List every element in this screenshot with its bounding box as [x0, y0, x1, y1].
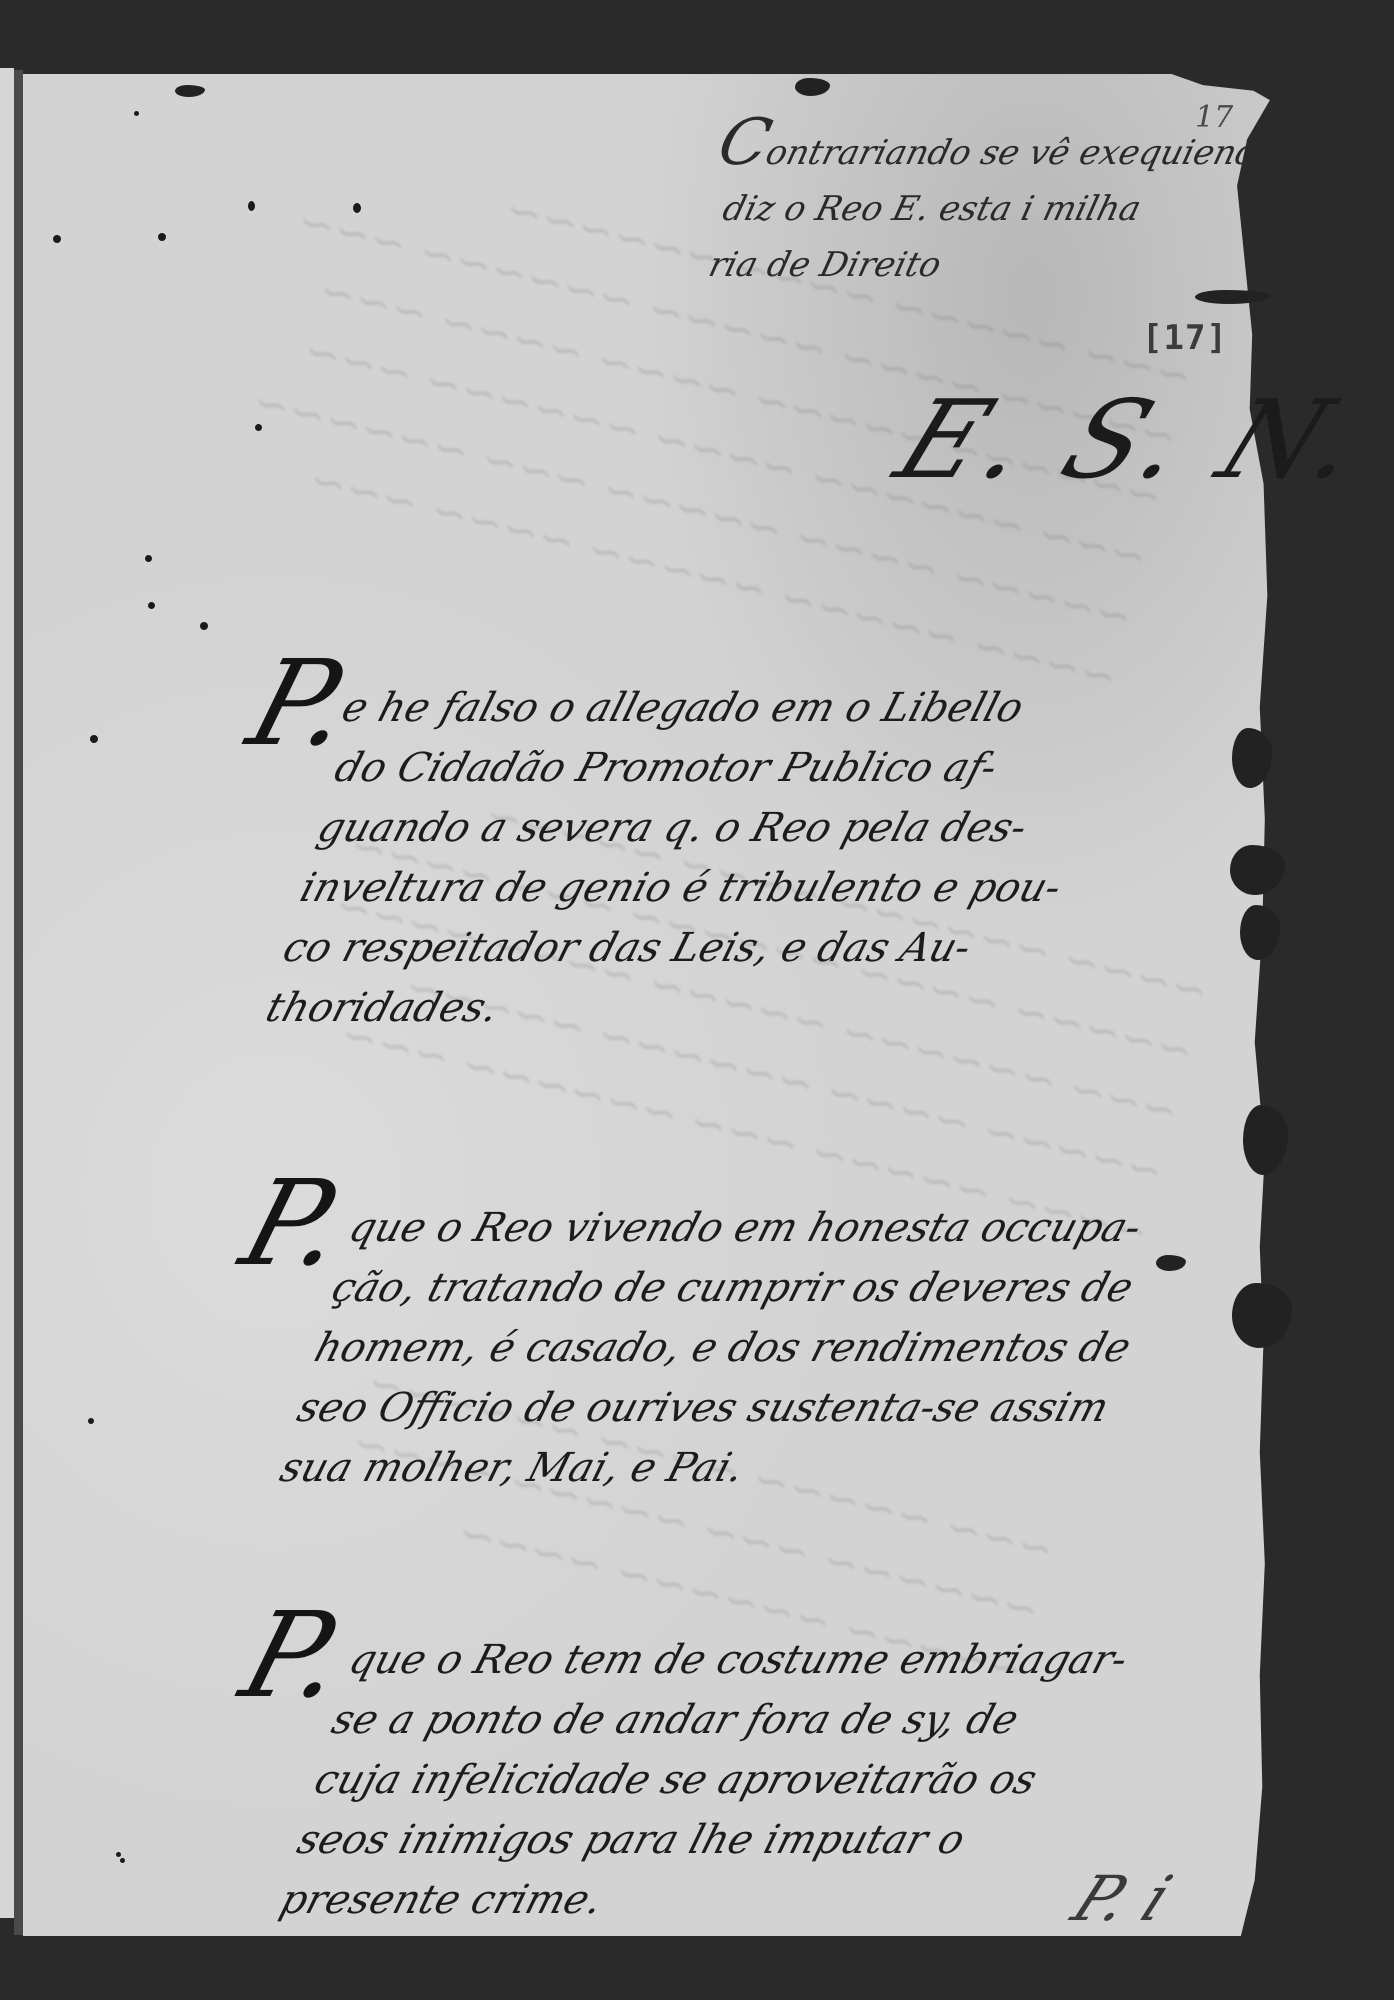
ink-spot — [248, 201, 255, 211]
ink-spot — [134, 111, 139, 116]
damage-stain — [1230, 845, 1285, 895]
ink-spot — [158, 233, 166, 241]
text-line: homem, é casado, e dos rendimentos de — [293, 1318, 1137, 1378]
binding-gutter — [14, 70, 23, 1935]
archive-stamp: [17] — [1142, 318, 1228, 358]
text-line: sua molher, Mai, e Pai. — [259, 1438, 1103, 1498]
text-line: thoridades. — [249, 978, 1034, 1038]
ink-spot — [145, 555, 152, 562]
text-line: se a ponto de andar fora de sy, de — [311, 1690, 1118, 1750]
text-line: seo Officio de ourives sustenta-se assim — [276, 1378, 1120, 1438]
document-scan: ~~~ ~~~~~ ~~~~ ~~~~~~ ~~~~~ ~~~~ ~~~~~ ~… — [0, 0, 1394, 2000]
text-line: do Cidadão Promotor Publico af- — [318, 738, 1103, 798]
text-line: inveltura de genio é tribulento e pou- — [283, 858, 1068, 918]
text-line: presente crime. — [259, 1870, 1066, 1930]
ink-spot — [116, 1852, 121, 1857]
ink-spot — [353, 203, 361, 213]
ink-spot — [53, 235, 61, 243]
facing-page-edge — [0, 68, 14, 1918]
ink-spot — [120, 1858, 125, 1863]
paragraph-body: que o Reo tem de costume embriagar- se a… — [259, 1630, 1135, 1930]
salutation: E. S. N. — [880, 378, 1387, 503]
text-line: cuja infelicidade se aproveitarão os — [293, 1750, 1100, 1810]
margin-note: Contrariando se vê exequiendo diz o Reo … — [683, 115, 1288, 293]
paragraph-body: e he falso o allegado em o Libello do Ci… — [249, 678, 1120, 1038]
ink-spot — [90, 735, 98, 743]
damage-stain — [1240, 905, 1280, 960]
text-line: seos inimigos para lhe imputar o — [276, 1810, 1083, 1870]
margin-note-line: diz o Reo E. esta i milha — [697, 181, 1272, 237]
margin-note-line: ria de Direito — [683, 237, 1258, 293]
ink-spot — [255, 424, 262, 431]
text-line: que o Reo vivendo em honesta occupa- — [328, 1198, 1172, 1258]
ink-spot — [88, 1418, 94, 1424]
ink-spot — [148, 602, 155, 609]
text-line: que o Reo tem de costume embriagar- — [328, 1630, 1135, 1690]
text-line: ção, tratando de cumprir os deveres de — [311, 1258, 1155, 1318]
text-line: e he falso o allegado em o Libello — [335, 678, 1120, 738]
ink-spot — [200, 622, 208, 630]
folio-number: 17 — [1195, 100, 1233, 135]
damage-stain — [1243, 1105, 1288, 1175]
damage-stain — [1195, 290, 1270, 304]
damage-stain — [1232, 728, 1272, 788]
paragraph-body: que o Reo vivendo em honesta occupa- ção… — [259, 1198, 1172, 1498]
text-line: co respeitador das Leis, e das Au- — [266, 918, 1051, 978]
text-line: guando a severa q. o Reo pela des- — [300, 798, 1085, 858]
damage-stain — [1232, 1283, 1292, 1348]
